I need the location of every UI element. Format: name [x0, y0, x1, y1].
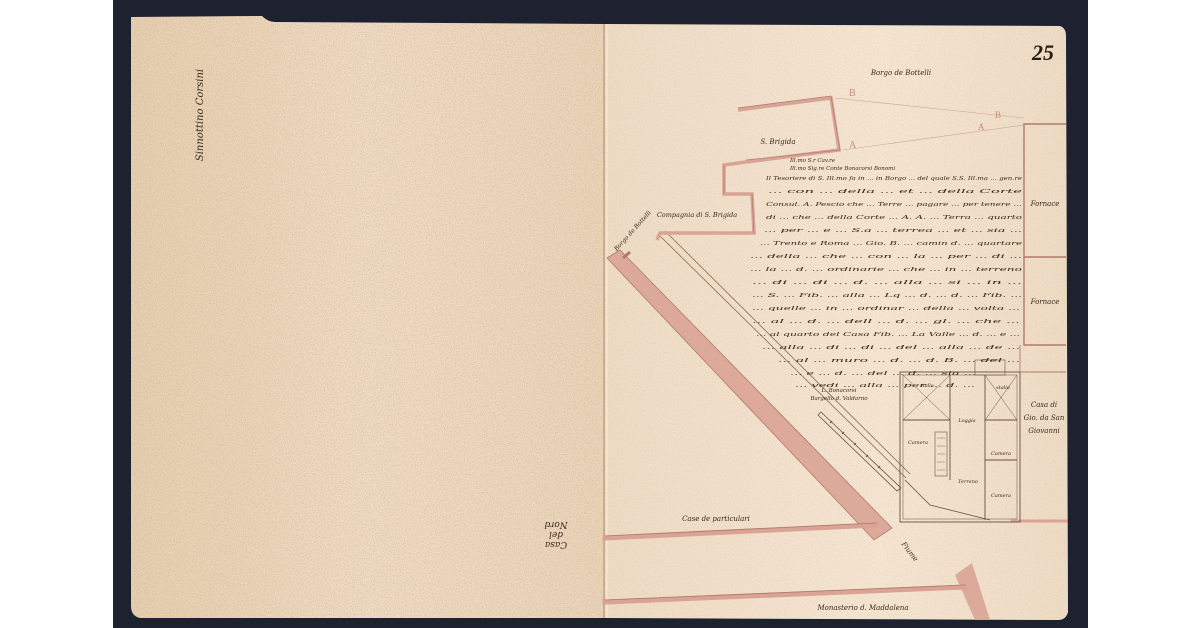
svg-text:... per ... e ... S.a ... terr: ... per ... e ... S.a ... terrea ... et … — [764, 228, 1023, 234]
svg-text:Camera: Camera — [991, 493, 1011, 499]
svg-text:Ill.mo S.r Cav.re: Ill.mo S.r Cav.re — [789, 158, 836, 164]
label-house-owner-2: Gio. da San — [1024, 414, 1065, 422]
svg-text:Camera: Camera — [991, 451, 1011, 457]
svg-text:del: del — [549, 529, 563, 539]
marker-a1: A — [849, 140, 857, 151]
svg-text:Nord: Nord — [544, 519, 569, 529]
label-house-owner-1: Casa di — [1031, 401, 1057, 409]
svg-text:... quelle ... in ... ordinar: ... quelle ... in ... ordinar ... della … — [752, 306, 1021, 312]
svg-text:... al ... d. ... dell ... d.: ... al ... d. ... dell ... d. ... gl. ..… — [752, 319, 1021, 325]
svg-text:Consul. A. Pescio che ... Terr: Consul. A. Pescio che ... Terre ... paga… — [766, 202, 1022, 208]
svg-text:... e ... d. ... del ... d. ..: ... e ... d. ... del ... d. ... sia ... — [790, 371, 977, 377]
svg-text:... con ... della ... et ... d: ... con ... della ... et ... della Corte — [768, 189, 1022, 195]
svg-text:... della ... che ... con ...: ... della ... che ... con ... la ... per… — [750, 254, 1023, 260]
svg-text:Ill.mo Sig.re Conte Bonacorsi: Ill.mo Sig.re Conte Bonacorsi Bonomi — [789, 166, 895, 172]
label-monastery: Monasterio d. Maddalena — [816, 604, 908, 612]
svg-text:Il Tesoriere di S. Ill.mo fa i: Il Tesoriere di S. Ill.mo fa in ... in B… — [765, 176, 1022, 182]
marker-a2: A — [978, 122, 985, 132]
svg-text:... di ... di ... d. ... alla: ... di ... di ... d. ... alla ... si ...… — [752, 280, 1023, 286]
scan-stage: Sinnottino Corsini Casa del Nord 25 — [0, 0, 1200, 628]
svg-text:... al ... muro ... d. ... d.: ... al ... muro ... d. ... d. B. ... del… — [778, 358, 1021, 364]
svg-text:... la ... d. ... ordinarie ..: ... la ... d. ... ordinarie ... che ... … — [750, 267, 1024, 273]
svg-text:... Trento e Roma ... Gio. B.: ... Trento e Roma ... Gio. B. ... camin … — [760, 241, 1022, 247]
svg-text:Camera: Camera — [908, 440, 928, 446]
label-furnace-2: Fornace — [1030, 298, 1060, 306]
svg-text:... S. ... Fib. ... alla ... L: ... S. ... Fib. ... alla ... Lq ... d. .… — [752, 293, 1023, 299]
svg-text:di ... che ... della Corte ...: di ... che ... della Corte ... A. A. ...… — [766, 215, 1023, 221]
label-private-houses: Case de particulari — [682, 515, 750, 523]
svg-text:... alla ... di ... di ... del: ... alla ... di ... di ... del ... alla … — [762, 345, 1021, 351]
svg-text:Terreno: Terreno — [958, 479, 978, 485]
marker-b1: B — [849, 88, 856, 99]
svg-text:stalla: stalla — [996, 385, 1010, 391]
svg-text:... vedi ... alla ... per ...: ... vedi ... alla ... per ... d. ... — [795, 383, 976, 389]
label-furnace-1: Fornace — [1030, 200, 1060, 208]
label-company: Compagnia di S. Brigida — [657, 211, 737, 219]
label-top-street: Borgo de Bottelli — [870, 69, 931, 77]
signature-2: Bargello d. Valdarno — [809, 396, 868, 402]
left-margin-note: Sinnottino Corsini — [195, 69, 206, 161]
label-house-owner-3: Giovanni — [1028, 427, 1059, 435]
svg-text:Loggia: Loggia — [957, 418, 975, 424]
label-church: S. Brigida — [760, 138, 795, 146]
page-number: 25 — [1031, 40, 1054, 65]
marker-b2: B — [995, 110, 1001, 120]
svg-text:Casa: Casa — [545, 539, 567, 549]
manuscript-map-svg: Sinnottino Corsini Casa del Nord 25 — [0, 0, 1200, 628]
svg-text:... al quarto del Casa Fib. ..: ... al quarto del Casa Fib. ... La Valle… — [756, 332, 1021, 338]
